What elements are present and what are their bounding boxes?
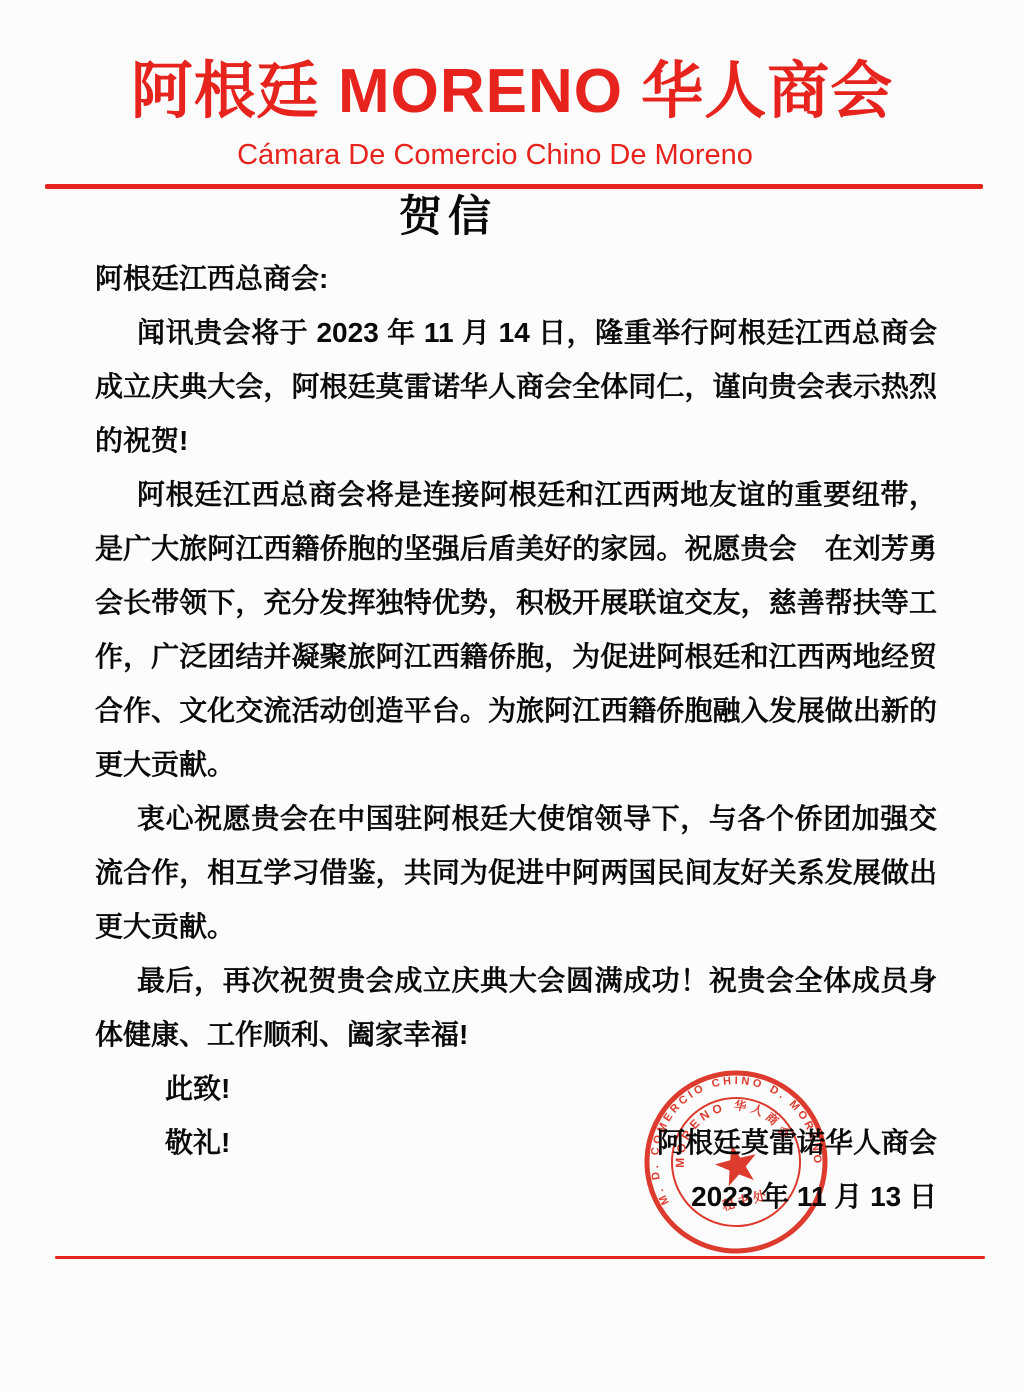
- paragraph-4: 最后，再次祝贺贵会成立庆典大会圆满成功！祝贵会全体成员身体健康、工作顺利、阖家幸…: [95, 954, 937, 1062]
- recipient-line: 阿根廷江西总商会:: [95, 252, 937, 306]
- paragraph-1: 闻讯贵会将于 2023 年 11 月 14 日，隆重举行阿根廷江西总商会成立庆典…: [95, 306, 937, 468]
- org-name-spanish: Cámara De Comercio Chino De Moreno: [0, 138, 1007, 172]
- salute-jingli: 敬礼!: [95, 1116, 230, 1170]
- paragraph-2: 阿根廷江西总商会将是连接阿根廷和江西两地友谊的重要纽带，是广大旅阿江西籍侨胞的坚…: [95, 468, 937, 792]
- salute-cizhi: 此致!: [95, 1062, 937, 1116]
- congratulation-letter-page: 阿根廷 MORENO 华人商会 Cámara De Comercio Chino…: [0, 0, 1024, 1392]
- footer-divider-line: [55, 1256, 985, 1259]
- paragraph-3: 衷心祝愿贵会在中国驻阿根廷大使馆领导下，与各个侨团加强交流合作，相互学习借鉴，共…: [95, 792, 937, 954]
- header-divider-line: [45, 184, 983, 189]
- letter-date: 2023 年 11 月 13 日: [95, 1170, 937, 1224]
- letter-body: 阿根廷江西总商会: 闻讯贵会将于 2023 年 11 月 14 日，隆重举行阿根…: [95, 252, 937, 1224]
- org-name-chinese: 阿根廷 MORENO 华人商会: [0, 56, 1024, 128]
- signature-org-name: 阿根廷莫雷诺华人商会: [657, 1116, 937, 1170]
- letter-title: 贺信: [0, 192, 960, 242]
- signature-row: 敬礼! 阿根廷莫雷诺华人商会: [95, 1116, 937, 1170]
